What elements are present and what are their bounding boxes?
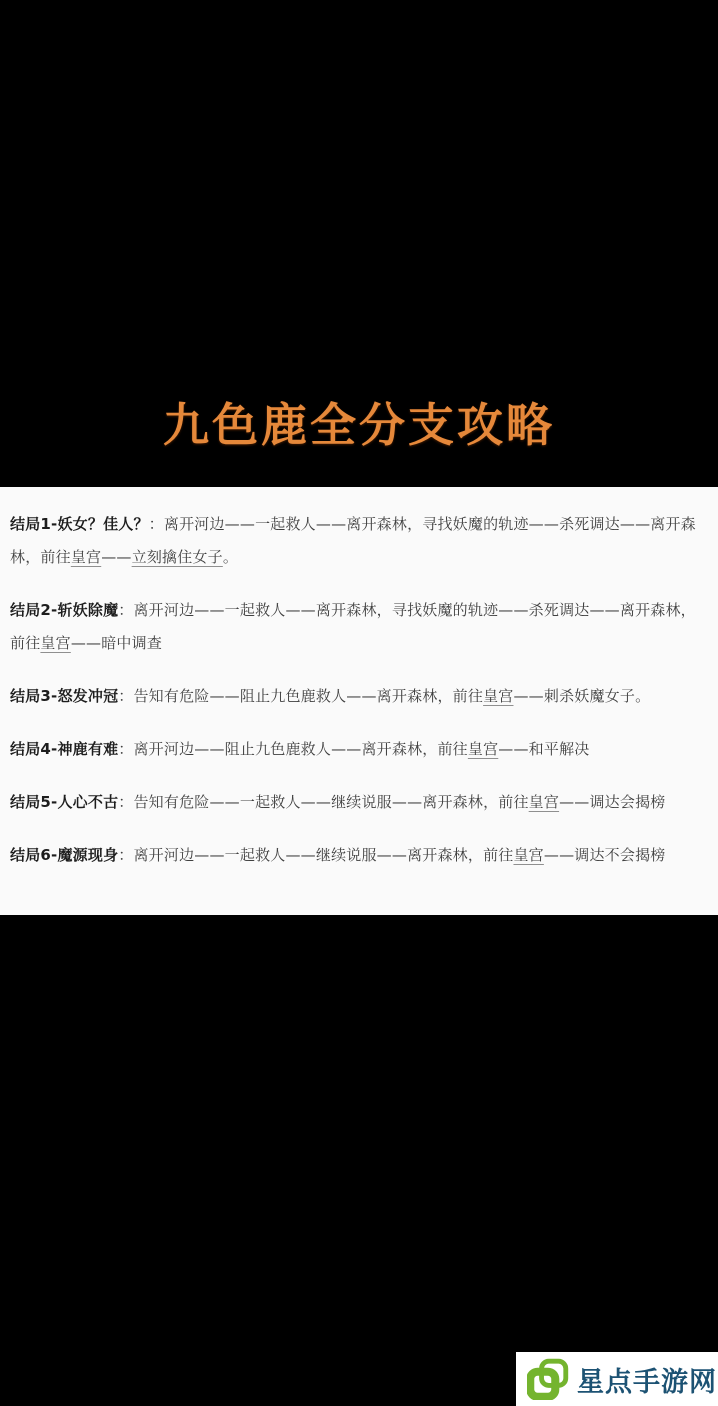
- ending-text: ：离开河边——阻止九色鹿救人——离开森林，前往: [118, 740, 468, 758]
- watermark: 星点手游网: [516, 1352, 718, 1406]
- ending-item: 结局2-斩妖除魔：离开河边——一起救人——离开森林，寻找妖魔的轨迹——杀死调达—…: [10, 594, 706, 660]
- ending-label: 结局4-神鹿有难: [10, 740, 118, 758]
- ending-label: 结局3-怒发冲冠: [10, 687, 118, 705]
- ending-item: 结局5-人心不古：告知有危险——一起救人——继续说服——离开森林，前往皇宫——调…: [10, 786, 706, 819]
- ending-label: 结局6-魔源现身: [10, 846, 118, 864]
- ending-text-underlined: 皇宫: [71, 548, 101, 566]
- ending-text: ——调达不会揭榜: [544, 846, 666, 864]
- interlocked-squares-logo-icon: [527, 1358, 569, 1400]
- page-title: 九色鹿全分支攻略: [0, 389, 718, 455]
- ending-label: 结局2-斩妖除魔: [10, 601, 118, 619]
- ending-text-underlined: 皇宫: [468, 740, 498, 758]
- ending-text-underlined: 皇宫: [513, 846, 543, 864]
- ending-text: ：告知有危险——一起救人——继续说服——离开森林，前往: [118, 793, 528, 811]
- ending-text: ——刺杀妖魔女子。: [513, 687, 650, 705]
- ending-text: ：告知有危险——阻止九色鹿救人——离开森林，前往: [118, 687, 483, 705]
- ending-text: ——暗中调查: [71, 634, 162, 652]
- ending-text: ——: [101, 548, 131, 566]
- ending-text-underlined: 皇宫: [40, 634, 70, 652]
- ending-text: 。: [223, 548, 238, 566]
- ending-item: 结局3-怒发冲冠：告知有危险——阻止九色鹿救人——离开森林，前往皇宫——刺杀妖魔…: [10, 680, 706, 713]
- ending-text-underlined: 皇宫: [483, 687, 513, 705]
- ending-label: 结局1-妖女？佳人？: [10, 515, 149, 533]
- ending-item: 结局4-神鹿有难：离开河边——阻止九色鹿救人——离开森林，前往皇宫——和平解决: [10, 733, 706, 766]
- ending-text: ：离开河边——一起救人——继续说服——离开森林，前往: [118, 846, 513, 864]
- ending-item: 结局6-魔源现身：离开河边——一起救人——继续说服——离开森林，前往皇宫——调达…: [10, 839, 706, 872]
- ending-item: 结局1-妖女？佳人？：离开河边——一起救人——离开森林，寻找妖魔的轨迹——杀死调…: [10, 508, 706, 574]
- site-name: 星点手游网: [577, 1360, 717, 1399]
- ending-label: 结局5-人心不古: [10, 793, 118, 811]
- ending-text: ——调达会揭榜: [559, 793, 665, 811]
- ending-text-underlined: 立刻擒住女子: [132, 548, 223, 566]
- ending-text: ——和平解决: [498, 740, 589, 758]
- endings-list: 结局1-妖女？佳人？：离开河边——一起救人——离开森林，寻找妖魔的轨迹——杀死调…: [0, 487, 718, 915]
- ending-text-underlined: 皇宫: [529, 793, 559, 811]
